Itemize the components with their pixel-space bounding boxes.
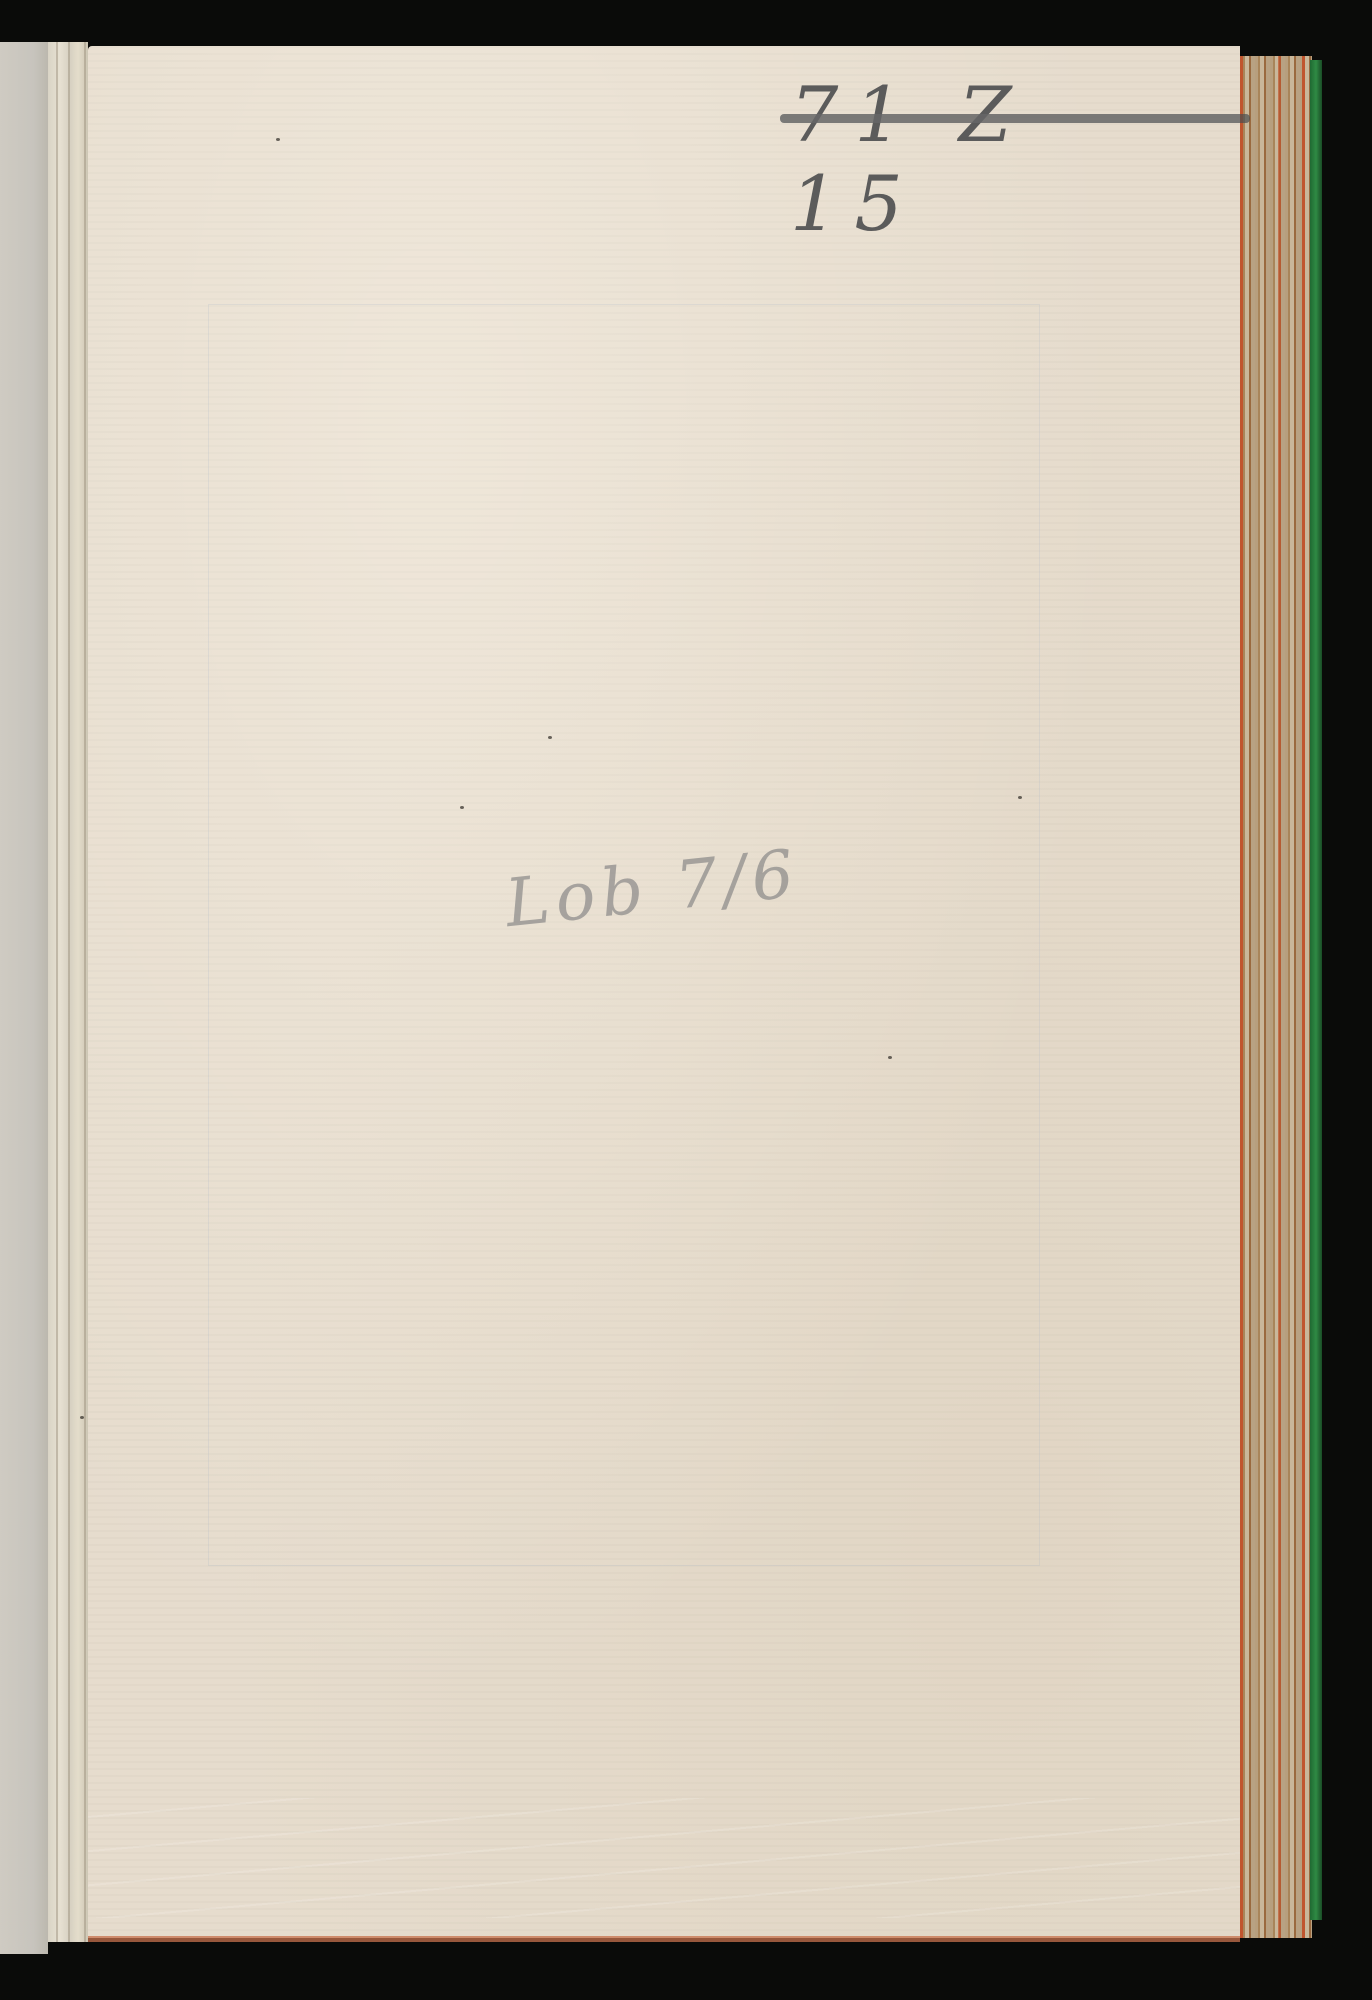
red-edge-line bbox=[1302, 56, 1305, 1938]
foxing-speck bbox=[276, 138, 280, 141]
red-edge-line bbox=[1278, 56, 1281, 1938]
pencil-shelfmark: 71 Z 15 bbox=[790, 70, 1190, 180]
gutter-fold-line bbox=[56, 42, 58, 1942]
foxing-speck bbox=[1018, 796, 1022, 799]
page-bottom-edge bbox=[88, 1936, 1240, 1942]
red-edge-line bbox=[1240, 56, 1243, 1938]
foxing-speck bbox=[548, 736, 552, 739]
foxing-speck bbox=[888, 1056, 892, 1059]
book-gutter bbox=[48, 42, 88, 1942]
gutter-fold-line bbox=[68, 42, 70, 1942]
foxing-speck bbox=[460, 806, 464, 809]
faint-offset-frame bbox=[208, 304, 1040, 1566]
page-edges-stack bbox=[1240, 56, 1312, 1938]
left-facing-leaf bbox=[0, 42, 48, 1954]
green-book-cover-edge bbox=[1310, 60, 1322, 1920]
foxing-speck bbox=[80, 1416, 84, 1419]
cockled-paper-bottom bbox=[88, 1798, 1240, 1918]
blank-page bbox=[88, 46, 1240, 1938]
pencil-strikethrough bbox=[780, 114, 1250, 123]
gutter-fold-line bbox=[84, 42, 86, 1942]
